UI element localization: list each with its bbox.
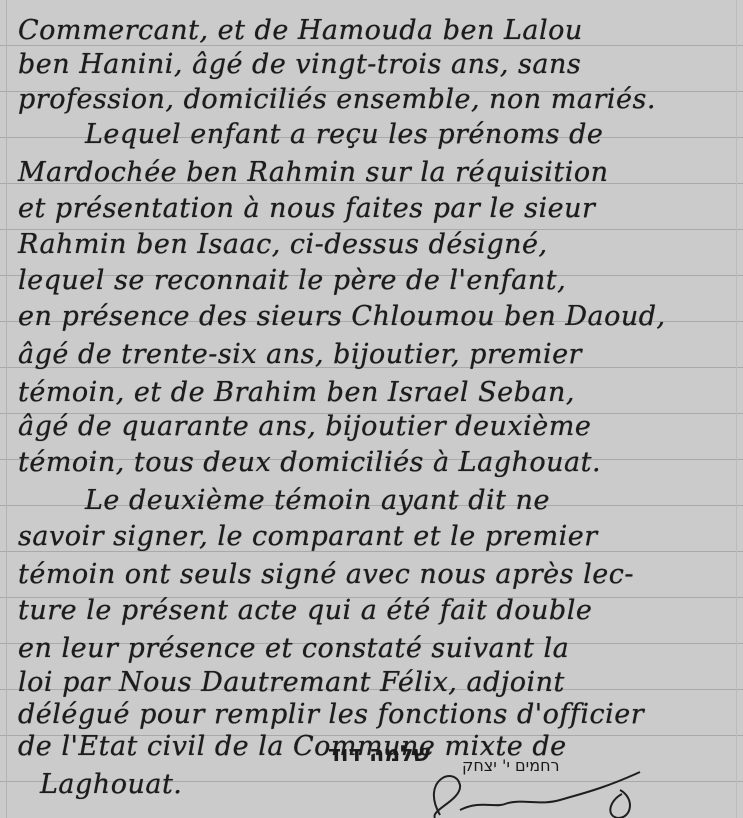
text-line: loi par Nous Dautremant Félix, adjoint [18, 668, 729, 698]
text-line: en présence des sieurs Chloumou ben Daou… [18, 302, 729, 332]
text-line: Rahmin ben Isaac, ci-dessus désigné, [18, 230, 729, 260]
text-line: en leur présence et constaté suivant la [18, 634, 729, 664]
text-line: lequel se reconnait le père de l'enfant, [18, 266, 729, 296]
text-line: Lequel enfant a reçu les prénoms de [85, 120, 729, 150]
text-line: délégué pour remplir les fonctions d'off… [18, 700, 729, 730]
text-line: Commercant, et de Hamouda ben Lalou [18, 16, 729, 46]
text-line: témoin, tous deux domiciliés à Laghouat. [18, 448, 729, 478]
text-line: âgé de trente-six ans, bijoutier, premie… [18, 340, 729, 370]
officer-signature-icon [400, 760, 660, 818]
right-margin-rule [736, 0, 737, 818]
left-margin-rule [6, 0, 7, 818]
text-line: témoin, et de Brahim ben Israel Seban, [18, 378, 729, 408]
text-line: savoir signer, le comparant et le premie… [18, 522, 729, 552]
text-line: ben Hanini, âgé de vingt-trois ans, sans [18, 50, 729, 80]
text-line: âgé de quarante ans, bijoutier deuxième [18, 412, 729, 442]
document-page: Commercant, et de Hamouda ben Lalou ben … [0, 0, 743, 818]
text-line: profession, domiciliés ensemble, non mar… [18, 85, 729, 115]
text-line: ture le présent acte qui a été fait doub… [18, 596, 729, 626]
text-line: témoin ont seuls signé avec nous après l… [18, 560, 729, 590]
text-line: Le deuxième témoin ayant dit ne [85, 486, 729, 516]
text-line: Mardochée ben Rahmin sur la réquisition [18, 158, 729, 188]
text-line: et présentation à nous faites par le sie… [18, 194, 729, 224]
